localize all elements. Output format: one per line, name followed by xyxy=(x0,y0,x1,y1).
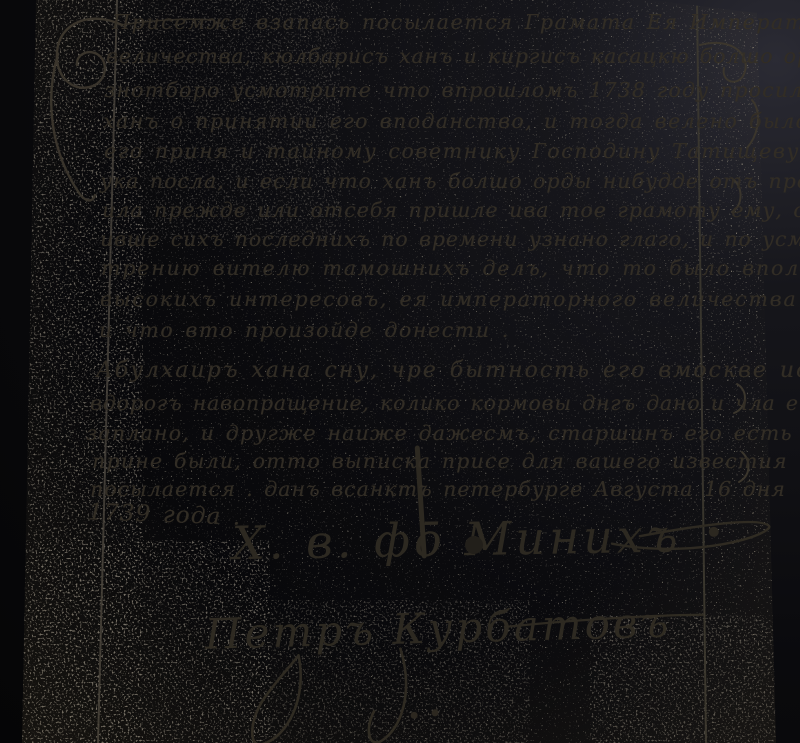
manuscript-line-3: знотборо усмотрите что впрошломъ 1738 го… xyxy=(104,77,800,103)
photo-frame: Х. в. фō Минихъ Петръ Курбатовъ Присемже… xyxy=(0,0,800,743)
manuscript-line-8: ивше сихъ последнихъ по времени узнано г… xyxy=(100,226,800,252)
manuscript-line-9: трению вителю тамошнихъ делъ, что то был… xyxy=(101,255,800,281)
manuscript-line-1: Присемже взапась посылается Грамата Ея И… xyxy=(112,9,800,35)
manuscript-line-10: высокихъ интересовъ, ея императорного ве… xyxy=(100,286,797,312)
manuscript-line-5: его приня и тайному советнику Господину … xyxy=(104,138,800,164)
manuscript-line-4: ханъ о принятии его вподанство, и тогда … xyxy=(103,108,800,134)
manuscript-line-13: вдорогъ навопращение, колико кормовы днг… xyxy=(90,390,799,416)
manuscript-line-7: ила прежде или отсебя пришле ива тое гра… xyxy=(102,197,800,223)
manuscript-date-line: 1739 года . xyxy=(88,499,242,530)
manuscript-line-11: и что вто произойде донести . xyxy=(99,317,510,343)
manuscript-line-2: величества, кюлбарисъ ханъ и киргисъ кас… xyxy=(106,43,800,69)
manuscript-line-12: Абулхаиръ хана сну, чре бытность его вмо… xyxy=(96,358,800,384)
manuscript-line-14: заплано, и другже наиже дажесмъ, старшин… xyxy=(86,420,793,446)
munnich-signature-text: Х. в. фō Минихъ xyxy=(228,508,681,570)
manuscript-line-16: посылается . данъ всанктъ петербурге Авг… xyxy=(90,476,786,502)
manuscript-line-6: ука посла, и если что ханъ болшо орды ни… xyxy=(100,168,800,194)
manuscript-line-15: прине были, отто выписка присе для вашег… xyxy=(92,448,788,474)
